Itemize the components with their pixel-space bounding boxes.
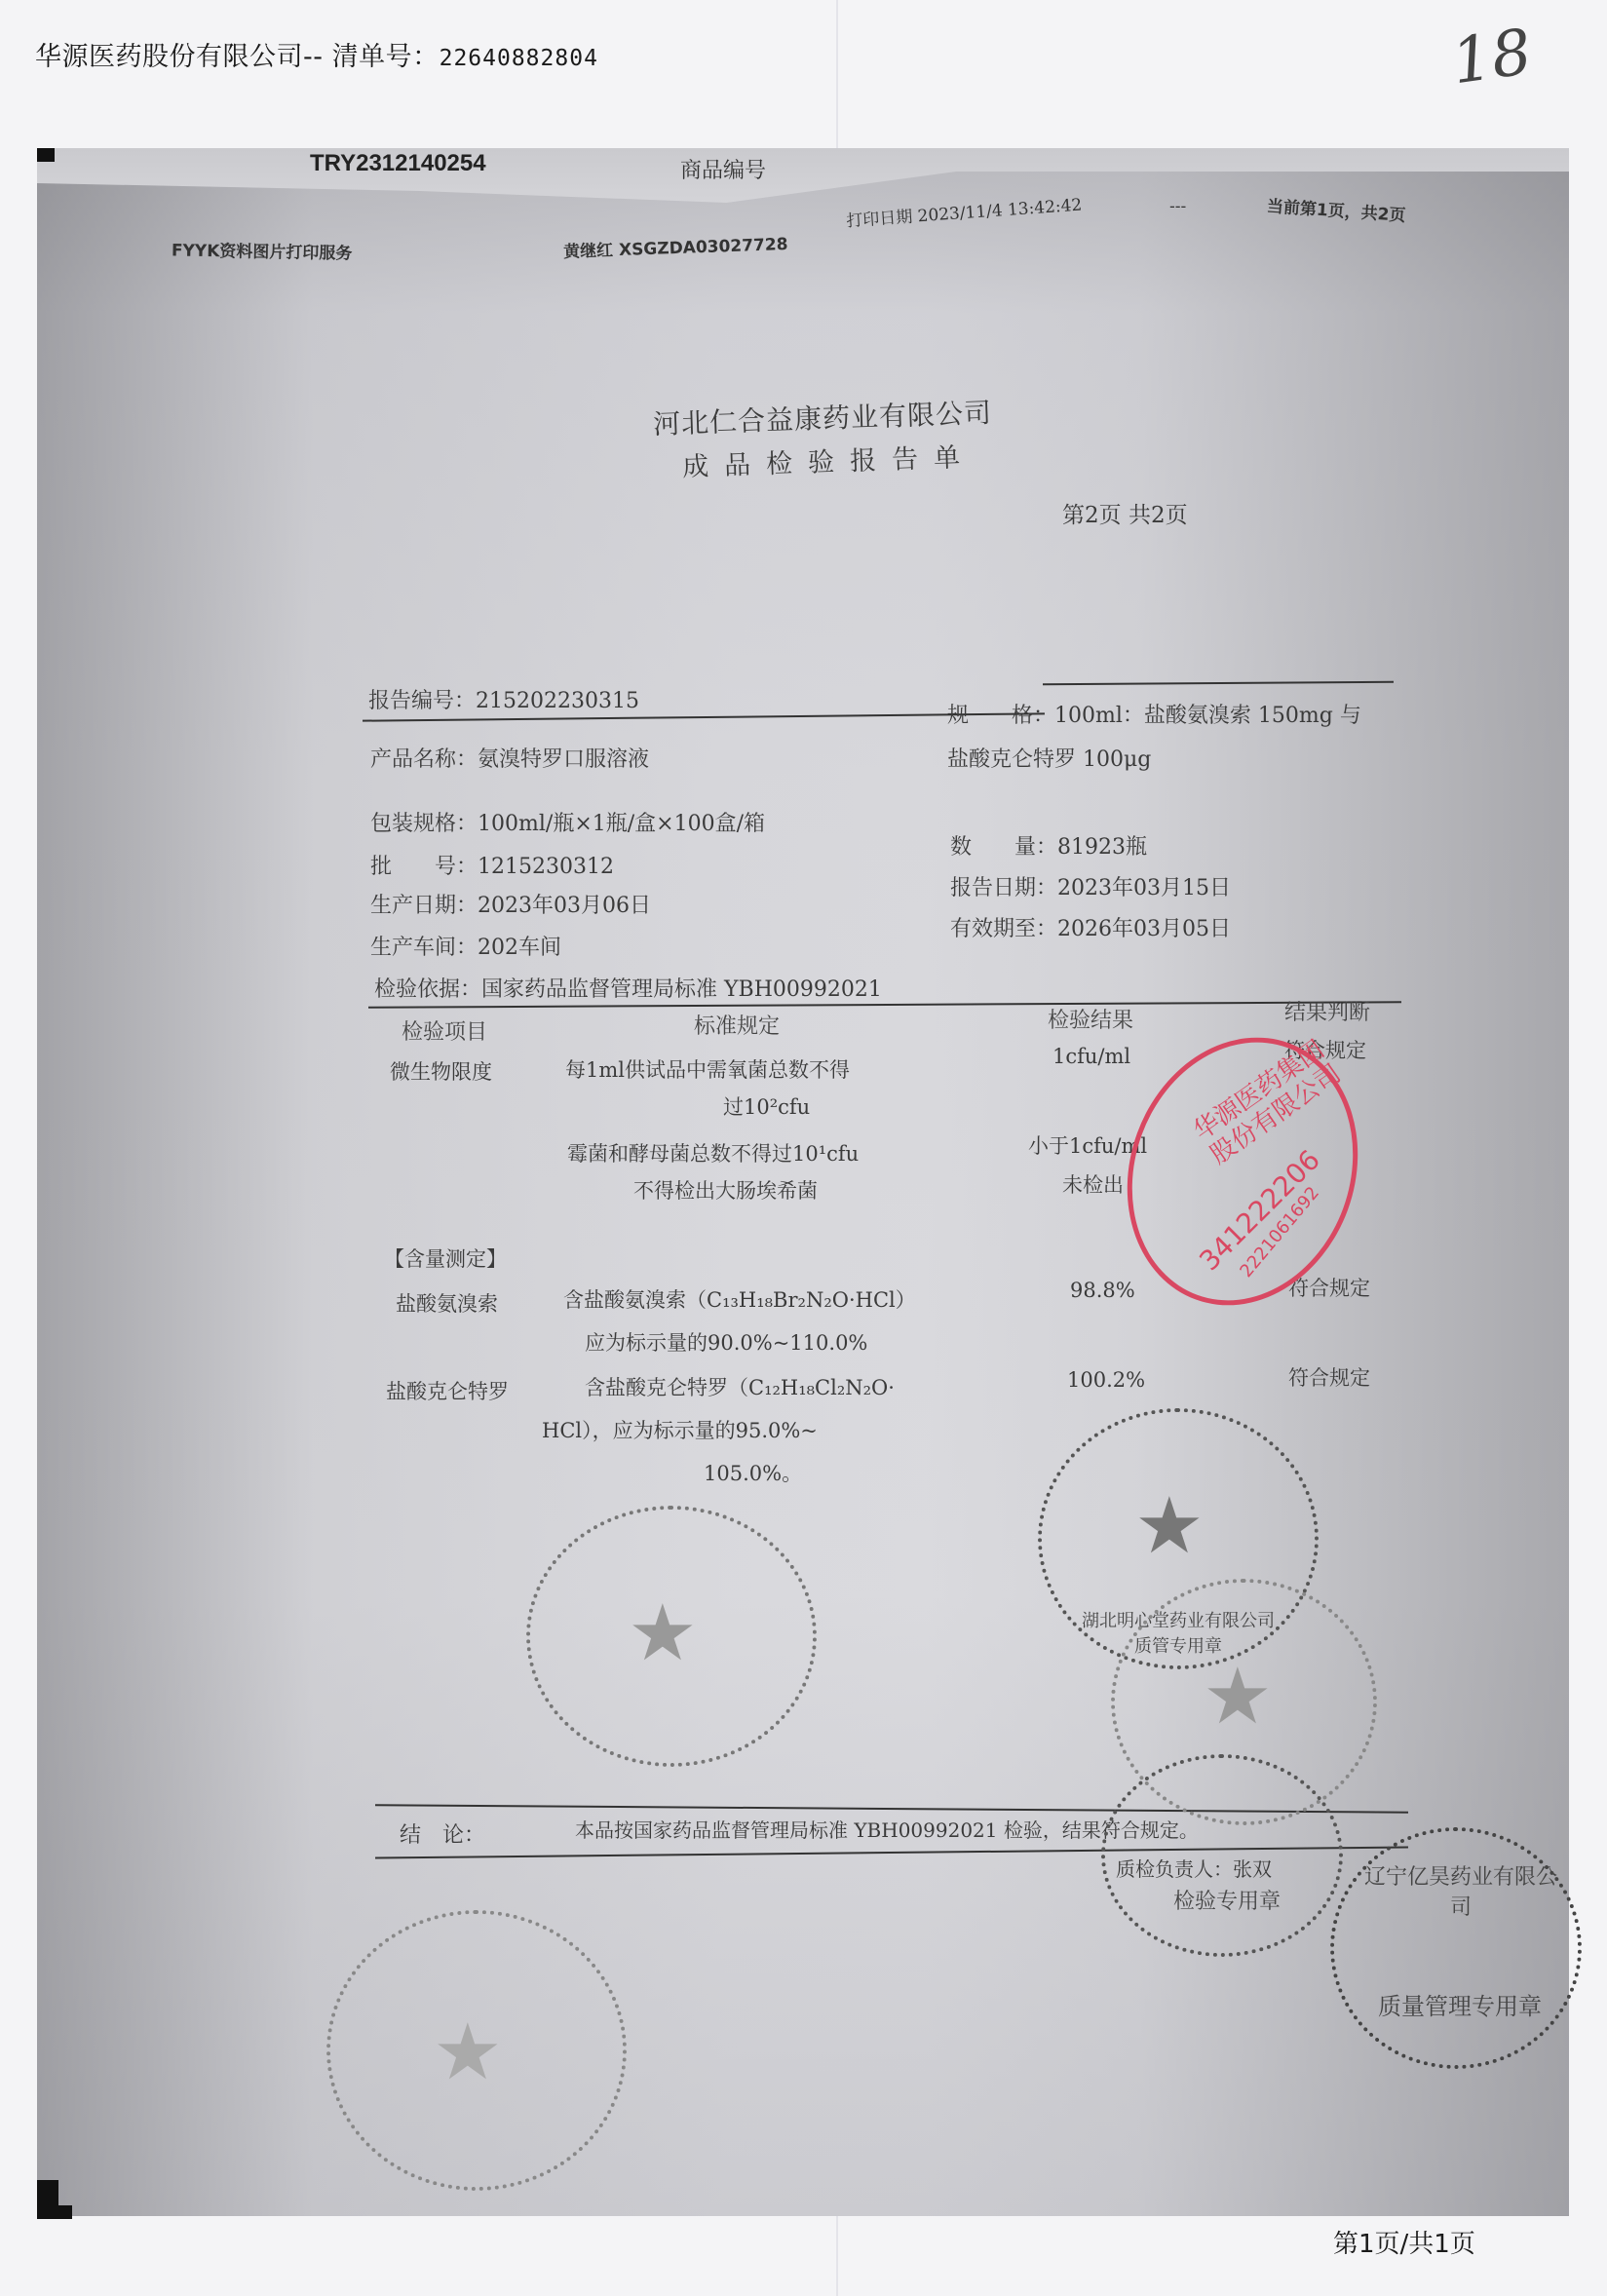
registration-mark <box>37 148 55 162</box>
expiry-date: 有效期至：2026年03月05日 <box>950 912 1231 942</box>
handwritten-page-number: 18 <box>1447 17 1536 99</box>
header-company: 华源医药股份有限公司-- <box>35 42 324 72</box>
row-result: 未检出 <box>1062 1169 1124 1199</box>
header-list-label: 清单号： <box>332 42 440 72</box>
gray-stamp-liaoning: 辽宁亿昊药业有限公司 质量管理专用章 <box>1330 1827 1582 2069</box>
report-date: 报告日期：2023年03月15日 <box>950 871 1231 901</box>
specification-line2: 盐酸克仑特罗 100μg <box>947 743 1151 773</box>
star-icon: ★ <box>628 1588 698 1678</box>
star-icon: ★ <box>433 2007 503 2097</box>
col-header-verdict: 结果判断 <box>1284 996 1370 1026</box>
header-list-number: 22640882804 <box>440 46 598 71</box>
row-standard: 不得检出大肠埃希菌 <box>633 1175 818 1205</box>
row-result: 小于1cfu/ml <box>1028 1130 1147 1160</box>
batch-number: 批 号：1215230312 <box>370 850 614 880</box>
order-label: 商品编号 <box>680 154 766 184</box>
assay-standard: 含盐酸氨溴索（C₁₃H₁₈Br₂N₂O·HCl） <box>563 1284 916 1314</box>
star-icon: ★ <box>1134 1480 1205 1571</box>
assay-verdict: 符合规定 <box>1288 1362 1370 1392</box>
gray-stamp-faint-bottom: ★ <box>326 1910 627 2191</box>
stamp-text: 辽宁亿昊药业有限公司 <box>1363 1860 1558 1921</box>
stamp-subtext: 质量管理专用章 <box>1378 1987 1542 2021</box>
assay-standard: HCl），应为标示量的95.0%~ <box>542 1415 818 1444</box>
inspection-basis: 检验依据：国家药品监督管理局标准 YBH00992021 <box>374 973 882 1003</box>
report-page-info: 第2页 共2页 <box>1062 497 1188 529</box>
assay-item: 盐酸氨溴索 <box>396 1288 498 1318</box>
print-user: 黄继红 XSGZDA03027728 <box>563 230 788 262</box>
assay-result: 98.8% <box>1070 1279 1135 1302</box>
star-icon: ★ <box>1203 1651 1273 1741</box>
conclusion-label: 结 论： <box>400 1818 485 1849</box>
assay-result: 100.2% <box>1067 1368 1145 1392</box>
row-item: 微生物限度 <box>390 1056 492 1086</box>
gray-stamp-inspection: 检验专用章 <box>1101 1754 1343 1957</box>
registration-mark-bottom <box>37 2180 70 2219</box>
print-service: FYYK资料图片打印服务 <box>172 236 353 263</box>
assay-standard: 105.0%。 <box>704 1458 802 1487</box>
specification: 规 格：100ml：盐酸氨溴索 150mg 与 <box>947 699 1361 729</box>
stamp-text: 检验专用章 <box>1173 1885 1281 1915</box>
production-date: 生产日期：2023年03月06日 <box>370 889 651 919</box>
assay-standard: 应为标示量的90.0%~110.0% <box>585 1327 867 1357</box>
print-date: 打印日期 2023/11/4 13:42:42 <box>845 191 1082 232</box>
assay-section-title: 【含量测定】 <box>384 1244 507 1273</box>
quantity: 数 量：81923瓶 <box>950 830 1147 861</box>
print-page: 当前第1页，共2页 <box>1266 192 1406 226</box>
red-stamp-text: 华源医药集团股份有限公司 <box>1187 1034 1348 1171</box>
workshop: 生产车间：202车间 <box>370 931 561 961</box>
print-dash: --- <box>1169 197 1186 215</box>
row-result: 1cfu/ml <box>1052 1045 1130 1068</box>
col-header-item: 检验项目 <box>402 1015 487 1046</box>
row-standard: 霉菌和酵母菌总数不得过10¹cfu <box>567 1138 859 1167</box>
footer-page-number: 第1页/共1页 <box>1333 2224 1475 2260</box>
gray-stamp-faint-center: ★ <box>526 1506 817 1767</box>
row-standard: 过10²cfu <box>723 1091 810 1121</box>
package-spec: 包装规格：100ml/瓶×1瓶/盒×100盒/箱 <box>370 807 765 837</box>
assay-standard: 含盐酸克仑特罗（C₁₂H₁₈Cl₂N₂O· <box>585 1372 895 1401</box>
order-id: TRY2312140254 <box>310 150 486 177</box>
col-header-standard: 标准规定 <box>694 1010 780 1040</box>
report-number: 报告编号：215202230315 <box>368 684 639 714</box>
row-standard: 每1ml供试品中需氧菌总数不得 <box>565 1054 850 1084</box>
product-name: 产品名称：氨溴特罗口服溶液 <box>370 743 649 773</box>
col-header-result: 检验结果 <box>1048 1004 1133 1034</box>
document-header: 华源医药股份有限公司-- 清单号：22640882804 <box>35 35 598 73</box>
assay-item: 盐酸克仑特罗 <box>386 1376 509 1405</box>
